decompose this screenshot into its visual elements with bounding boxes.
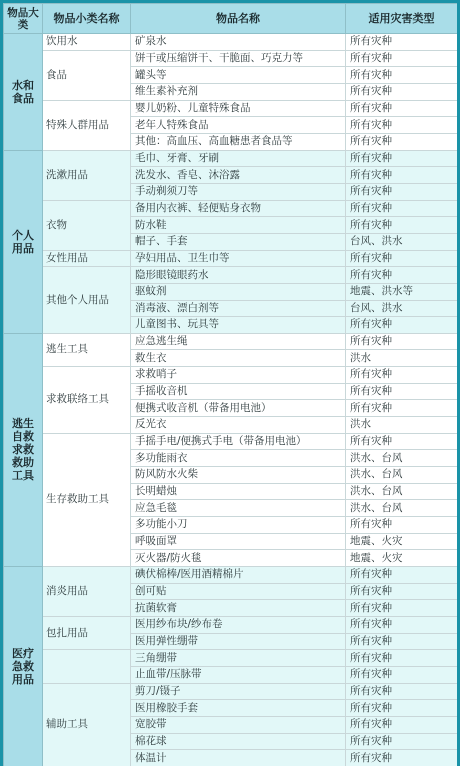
table-row: 个人用品洗漱用品毛巾、牙膏、牙刷所有灾种 — [4, 150, 458, 167]
disaster-type-cell: 所有灾种 — [346, 333, 458, 350]
table-body: 水和食品饮用水矿泉水所有灾种食品饼干或压缩饼干、干脆面、巧克力等所有灾种罐头等所… — [4, 34, 458, 766]
disaster-type-cell: 所有灾种 — [346, 50, 458, 67]
item-name-cell: 三角绷带 — [131, 650, 346, 667]
disaster-type-cell: 所有灾种 — [346, 100, 458, 117]
item-name-cell: 矿泉水 — [131, 34, 346, 51]
item-name-cell: 帽子、手套 — [131, 233, 346, 250]
item-name-cell: 棉花球 — [131, 733, 346, 750]
disaster-type-cell: 所有灾种 — [346, 67, 458, 84]
table-row: 逃生自救求救救助工具逃生工具应急逃生绳所有灾种 — [4, 333, 458, 350]
item-name-cell: 创可贴 — [131, 583, 346, 600]
disaster-type-cell: 洪水 — [346, 417, 458, 434]
item-name-cell: 驱蚊剂 — [131, 283, 346, 300]
disaster-type-cell: 所有灾种 — [346, 383, 458, 400]
subcategory-cell: 特殊人群用品 — [43, 100, 131, 150]
disaster-type-cell: 所有灾种 — [346, 433, 458, 450]
disaster-type-cell: 地震、洪水等 — [346, 283, 458, 300]
table-row: 求救联络工具求救哨子所有灾种 — [4, 367, 458, 384]
item-name-cell: 儿童图书、玩具等 — [131, 317, 346, 334]
disaster-type-cell: 洪水、台风 — [346, 500, 458, 517]
item-name-cell: 洗发水、香皂、沐浴露 — [131, 167, 346, 184]
item-name-cell: 消毒液、漂白剂等 — [131, 300, 346, 317]
category-cell: 水和食品 — [4, 34, 43, 151]
item-name-cell: 罐头等 — [131, 67, 346, 84]
header-disaster: 适用灾害类型 — [346, 4, 458, 34]
item-name-cell: 医用橡胶手套 — [131, 700, 346, 717]
disaster-type-cell: 洪水、台风 — [346, 467, 458, 484]
disaster-type-cell: 所有灾种 — [346, 217, 458, 234]
item-name-cell: 医用弹性绷带 — [131, 633, 346, 650]
category-cell: 个人用品 — [4, 150, 43, 333]
item-name-cell: 多功能小刀 — [131, 517, 346, 534]
subcategory-cell: 洗漱用品 — [43, 150, 131, 200]
subcategory-cell: 生存救助工具 — [43, 433, 131, 566]
subcategory-cell: 饮用水 — [43, 34, 131, 51]
disaster-type-cell: 洪水、台风 — [346, 483, 458, 500]
header-category: 物品大类 — [4, 4, 43, 34]
disaster-type-cell: 所有灾种 — [346, 666, 458, 683]
disaster-type-cell: 所有灾种 — [346, 683, 458, 700]
table-row: 辅助工具剪刀/镊子所有灾种 — [4, 683, 458, 700]
item-name-cell: 宽胶带 — [131, 716, 346, 733]
disaster-type-cell: 所有灾种 — [346, 250, 458, 267]
emergency-supplies-table: 物品大类 物品小类名称 物品名称 适用灾害类型 水和食品饮用水矿泉水所有灾种食品… — [3, 3, 457, 766]
item-name-cell: 呼吸面罩 — [131, 533, 346, 550]
disaster-type-cell: 所有灾种 — [346, 167, 458, 184]
disaster-type-cell: 所有灾种 — [346, 517, 458, 534]
disaster-type-cell: 所有灾种 — [346, 83, 458, 100]
item-name-cell: 反光衣 — [131, 417, 346, 434]
table-row: 其他个人用品隐形眼镜眼药水所有灾种 — [4, 267, 458, 284]
item-name-cell: 应急逃生绳 — [131, 333, 346, 350]
item-name-cell: 灭火器/防火毯 — [131, 550, 346, 567]
disaster-type-cell: 所有灾种 — [346, 616, 458, 633]
category-cell: 医疗急救用品 — [4, 567, 43, 766]
item-name-cell: 防水鞋 — [131, 217, 346, 234]
disaster-type-cell: 所有灾种 — [346, 733, 458, 750]
disaster-type-cell: 所有灾种 — [346, 700, 458, 717]
subcategory-cell: 女性用品 — [43, 250, 131, 267]
item-name-cell: 碘伏棉棒/医用酒精棉片 — [131, 567, 346, 584]
item-name-cell: 其他：高血压、高血糖患者食品等 — [131, 133, 346, 150]
disaster-type-cell: 台风、洪水 — [346, 300, 458, 317]
table-header-row: 物品大类 物品小类名称 物品名称 适用灾害类型 — [4, 4, 458, 34]
item-name-cell: 多功能雨衣 — [131, 450, 346, 467]
item-name-cell: 手动剃须刀等 — [131, 183, 346, 200]
item-name-cell: 止血带/压脉带 — [131, 666, 346, 683]
table-row: 食品饼干或压缩饼干、干脆面、巧克力等所有灾种 — [4, 50, 458, 67]
table-row: 包扎用品医用纱布块/纱布卷所有灾种 — [4, 616, 458, 633]
subcategory-cell: 包扎用品 — [43, 616, 131, 649]
item-name-cell: 剪刀/镊子 — [131, 683, 346, 700]
header-subcategory: 物品小类名称 — [43, 4, 131, 34]
disaster-type-cell: 洪水 — [346, 350, 458, 367]
table-row: 医疗急救用品消炎用品碘伏棉棒/医用酒精棉片所有灾种 — [4, 567, 458, 584]
item-name-cell: 备用内衣裤、轻便贴身衣物 — [131, 200, 346, 217]
item-name-cell: 救生衣 — [131, 350, 346, 367]
disaster-type-cell: 所有灾种 — [346, 583, 458, 600]
item-name-cell: 饼干或压缩饼干、干脆面、巧克力等 — [131, 50, 346, 67]
disaster-type-cell: 所有灾种 — [346, 183, 458, 200]
item-name-cell: 长明蜡烛 — [131, 483, 346, 500]
disaster-type-cell: 所有灾种 — [346, 317, 458, 334]
subcategory-cell: 消炎用品 — [43, 567, 131, 617]
disaster-type-cell: 洪水、台风 — [346, 450, 458, 467]
disaster-type-cell: 所有灾种 — [346, 567, 458, 584]
subcategory-cell: 辅助工具 — [43, 683, 131, 766]
item-name-cell: 抗菌软膏 — [131, 600, 346, 617]
disaster-type-cell: 所有灾种 — [346, 133, 458, 150]
disaster-type-cell: 所有灾种 — [346, 750, 458, 766]
item-name-cell: 孕妇用品、卫生巾等 — [131, 250, 346, 267]
item-name-cell: 手摇手电/便携式手电（带备用电池） — [131, 433, 346, 450]
disaster-type-cell: 所有灾种 — [346, 716, 458, 733]
subcategory-cell: 其他个人用品 — [43, 267, 131, 334]
disaster-type-cell: 所有灾种 — [346, 600, 458, 617]
table-row: 女性用品孕妇用品、卫生巾等所有灾种 — [4, 250, 458, 267]
disaster-type-cell: 所有灾种 — [346, 34, 458, 51]
disaster-type-cell: 所有灾种 — [346, 650, 458, 667]
table-row: 三角绷带所有灾种 — [4, 650, 458, 667]
subcategory-cell — [43, 650, 131, 683]
item-name-cell: 医用纱布块/纱布卷 — [131, 616, 346, 633]
supply-table-frame: 物品大类 物品小类名称 物品名称 适用灾害类型 水和食品饮用水矿泉水所有灾种食品… — [3, 3, 457, 766]
item-name-cell: 婴儿奶粉、儿童特殊食品 — [131, 100, 346, 117]
item-name-cell: 隐形眼镜眼药水 — [131, 267, 346, 284]
subcategory-cell: 逃生工具 — [43, 333, 131, 366]
table-row: 衣物备用内衣裤、轻便贴身衣物所有灾种 — [4, 200, 458, 217]
subcategory-cell: 食品 — [43, 50, 131, 100]
subcategory-cell: 衣物 — [43, 200, 131, 250]
subcategory-cell: 求救联络工具 — [43, 367, 131, 434]
item-name-cell: 毛巾、牙膏、牙刷 — [131, 150, 346, 167]
item-name-cell: 求救哨子 — [131, 367, 346, 384]
disaster-type-cell: 所有灾种 — [346, 267, 458, 284]
item-name-cell: 维生素补充剂 — [131, 83, 346, 100]
disaster-type-cell: 所有灾种 — [346, 400, 458, 417]
item-name-cell: 手摇收音机 — [131, 383, 346, 400]
item-name-cell: 防风防水火柴 — [131, 467, 346, 484]
table-row: 生存救助工具手摇手电/便携式手电（带备用电池）所有灾种 — [4, 433, 458, 450]
table-row: 特殊人群用品婴儿奶粉、儿童特殊食品所有灾种 — [4, 100, 458, 117]
disaster-type-cell: 所有灾种 — [346, 117, 458, 134]
disaster-type-cell: 台风、洪水 — [346, 233, 458, 250]
header-item: 物品名称 — [131, 4, 346, 34]
disaster-type-cell: 所有灾种 — [346, 200, 458, 217]
item-name-cell: 应急毛毯 — [131, 500, 346, 517]
item-name-cell: 体温计 — [131, 750, 346, 766]
disaster-type-cell: 所有灾种 — [346, 633, 458, 650]
category-cell: 逃生自救求救救助工具 — [4, 333, 43, 566]
disaster-type-cell: 所有灾种 — [346, 367, 458, 384]
disaster-type-cell: 地震、火灾 — [346, 533, 458, 550]
item-name-cell: 便携式收音机（带备用电池） — [131, 400, 346, 417]
disaster-type-cell: 地震、火灾 — [346, 550, 458, 567]
table-row: 水和食品饮用水矿泉水所有灾种 — [4, 34, 458, 51]
disaster-type-cell: 所有灾种 — [346, 150, 458, 167]
item-name-cell: 老年人特殊食品 — [131, 117, 346, 134]
